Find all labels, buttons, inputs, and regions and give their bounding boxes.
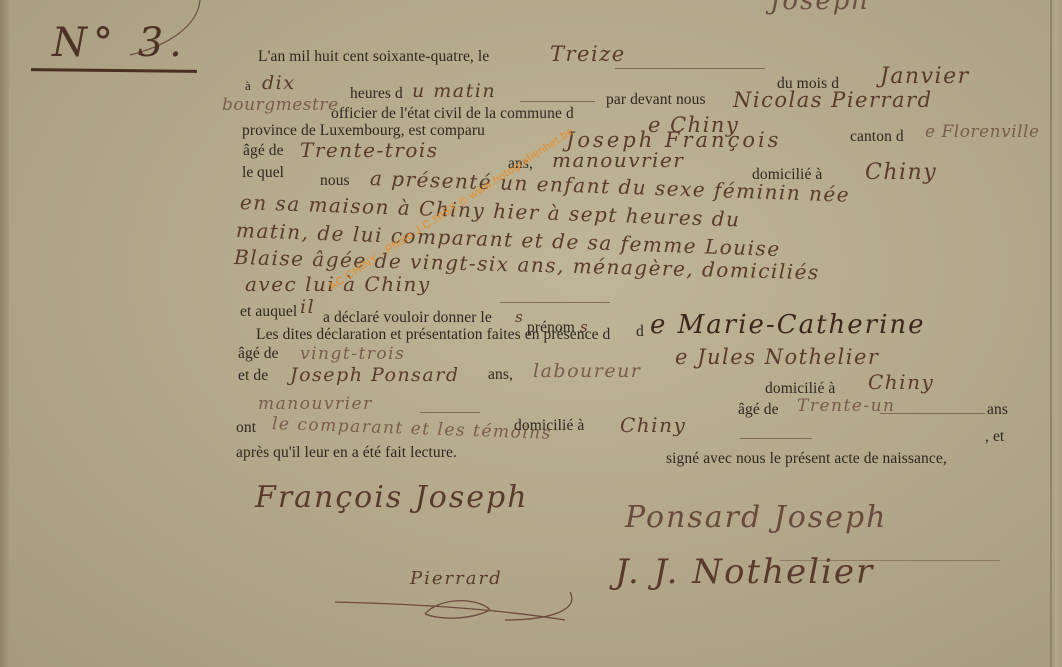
printed-et: , et xyxy=(985,428,1004,446)
hand-il: il xyxy=(300,296,315,318)
printed-canton: canton d xyxy=(850,128,904,146)
hand-day: Treize xyxy=(550,42,626,66)
document-page: Joseph N° 3. L'an mil huit cent soixante… xyxy=(0,0,1062,667)
hand-s-plural: s xyxy=(515,308,524,326)
hand-declarant-residence: Chiny xyxy=(865,160,937,185)
hand-canton: e Florenville xyxy=(925,122,1040,142)
signature-declarant: François Joseph xyxy=(255,480,529,515)
hand-witness2-occupation: manouvrier xyxy=(258,394,373,414)
printed-signe: signé avec nous le présent acte de naiss… xyxy=(666,450,947,468)
printed-nous: nous xyxy=(320,172,350,190)
hand-declarant-occupation: manouvrier xyxy=(552,148,684,172)
printed-ans-3: ans xyxy=(987,401,1008,419)
printed-presence-line: Les dites déclaration et présentation fa… xyxy=(256,326,610,344)
printed-officer-line: officier de l'état civil de la commune d xyxy=(331,105,574,123)
fill-line xyxy=(500,302,610,303)
hand-officer-name: Nicolas Pierrard xyxy=(733,88,933,112)
act-number-underline xyxy=(31,68,197,73)
signature-witness1: J. J. Nothelier xyxy=(615,552,874,592)
hand-witness2-name: Joseph Ponsard xyxy=(290,364,460,386)
next-page-edge xyxy=(1055,0,1062,667)
signature-witness2: Ponsard Joseph xyxy=(625,500,887,535)
act-number: N° 3. xyxy=(52,20,188,66)
printed-le: le xyxy=(242,164,253,182)
signature-line xyxy=(780,560,1000,561)
page-binding xyxy=(0,0,9,667)
hand-declarant-age: Trente-trois xyxy=(300,138,439,162)
printed-domicilie-3: domicilié à xyxy=(514,417,584,435)
hand-witness2-residence: Chiny xyxy=(620,413,686,437)
hand-time-of-day: u matin xyxy=(412,80,496,102)
printed-ont: ont xyxy=(236,419,256,437)
hand-hour: dix xyxy=(262,72,295,94)
fill-line xyxy=(420,412,480,413)
printed-ans-2: ans, xyxy=(488,366,513,384)
printed-age-witness1: âgé de xyxy=(238,345,279,363)
hand-officer-title: bourgmestre xyxy=(222,95,339,115)
hand-witness1-residence: Chiny xyxy=(868,370,934,394)
hand-witness1-name: e Jules Nothelier xyxy=(675,345,879,369)
printed-a: à xyxy=(245,78,251,94)
fill-line xyxy=(740,438,812,439)
fill-line xyxy=(880,413,985,414)
printed-age-label: âgé de xyxy=(243,142,284,160)
printed-age-witness2: âgé de xyxy=(738,401,779,419)
printed-hours: heures d xyxy=(350,85,403,103)
printed-lecture: après qu'il leur en a été fait lecture. xyxy=(236,444,457,462)
hand-month: Janvier xyxy=(880,64,970,89)
printed-par-devant: par devant nous xyxy=(606,91,706,109)
officer-signature-flourish xyxy=(330,580,580,630)
previous-signature-fragment: Joseph xyxy=(770,0,870,16)
printed-year-line: L'an mil huit cent soixante-quatre, le xyxy=(258,48,489,66)
hand-witness1-age: vingt-trois xyxy=(300,344,405,364)
hand-witness1-occupation: laboureur xyxy=(533,360,641,382)
printed-et-de: et de xyxy=(238,367,268,385)
hand-child-names: e Marie-Catherine xyxy=(650,310,926,340)
printed-d: d xyxy=(636,323,644,341)
printed-declare: a déclaré vouloir donner le xyxy=(323,309,492,327)
printed-quel: quel xyxy=(257,164,284,182)
fill-line xyxy=(520,101,595,102)
fill-line xyxy=(615,68,765,69)
hand-ont-line: le comparant et les témoins xyxy=(272,414,553,444)
page-edge xyxy=(1050,0,1052,667)
printed-et-auquel: et auquel xyxy=(240,303,297,321)
